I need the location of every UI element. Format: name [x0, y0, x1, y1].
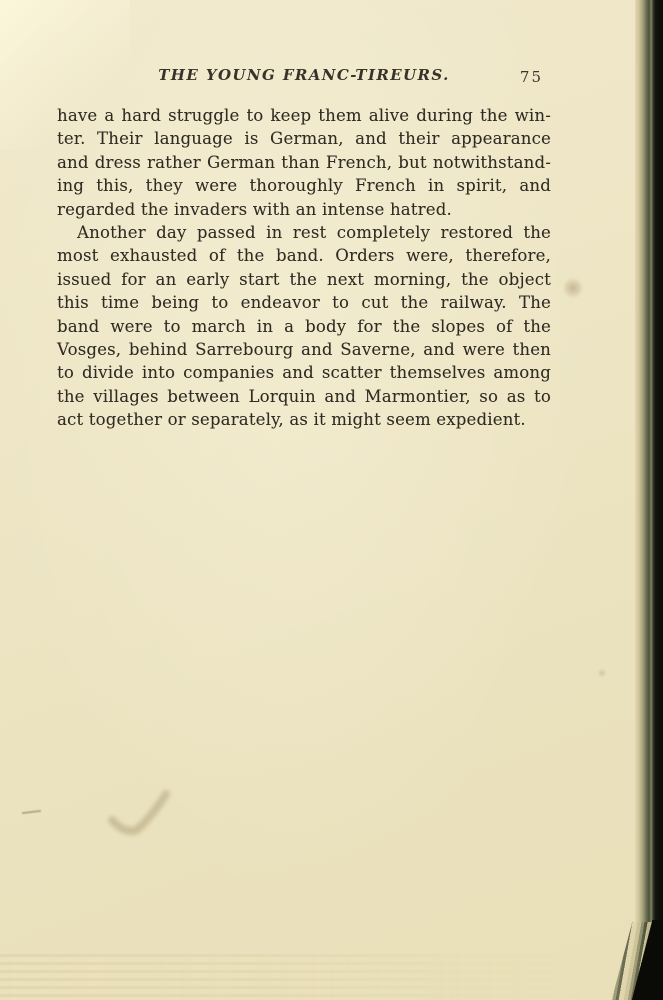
text-line: the villages between Lorquin and Marmont… [57, 385, 551, 408]
text-line: Vosges, behind Sarrebourg and Saverne, a… [57, 338, 551, 361]
book-cover-edge [635, 0, 663, 1000]
pencil-dash-mark [22, 810, 41, 814]
text-line: this time being to endeavor to cut the r… [57, 291, 551, 314]
running-title: THE YOUNG FRANC-TIREURS. [57, 66, 551, 84]
smudge-mark [104, 786, 176, 842]
paper-blotch [563, 278, 583, 298]
text-line: and dress rather German than French, but… [57, 151, 551, 174]
paper-blotch-small [597, 668, 607, 678]
text-line: ing this, they were thoroughly French in… [57, 174, 551, 197]
text-block: have a hard struggle to keep them alive … [57, 104, 551, 432]
book-page: THE YOUNG FRANC-TIREURS. 75 have a hard … [0, 0, 648, 1000]
text-line: most exhausted of the band. Orders were,… [57, 244, 551, 267]
text-line: to divide into companies and scatter the… [57, 361, 551, 384]
text-line: Another day passed in rest completely re… [57, 221, 551, 244]
text-line: ter. Their language is German, and their… [57, 127, 551, 150]
book-scan: THE YOUNG FRANC-TIREURS. 75 have a hard … [0, 0, 663, 1000]
text-line: regarded the invaders with an intense ha… [57, 198, 551, 221]
page-number: 75 [520, 68, 543, 86]
text-line: have a hard struggle to keep them alive … [57, 104, 551, 127]
text-line: issued for an early start the next morni… [57, 268, 551, 291]
text-line: act together or separately, as it might … [57, 408, 551, 431]
page-edge-streaks [0, 954, 620, 1000]
text-line: band were to march in a body for the slo… [57, 315, 551, 338]
page-header: THE YOUNG FRANC-TIREURS. 75 [57, 66, 551, 90]
